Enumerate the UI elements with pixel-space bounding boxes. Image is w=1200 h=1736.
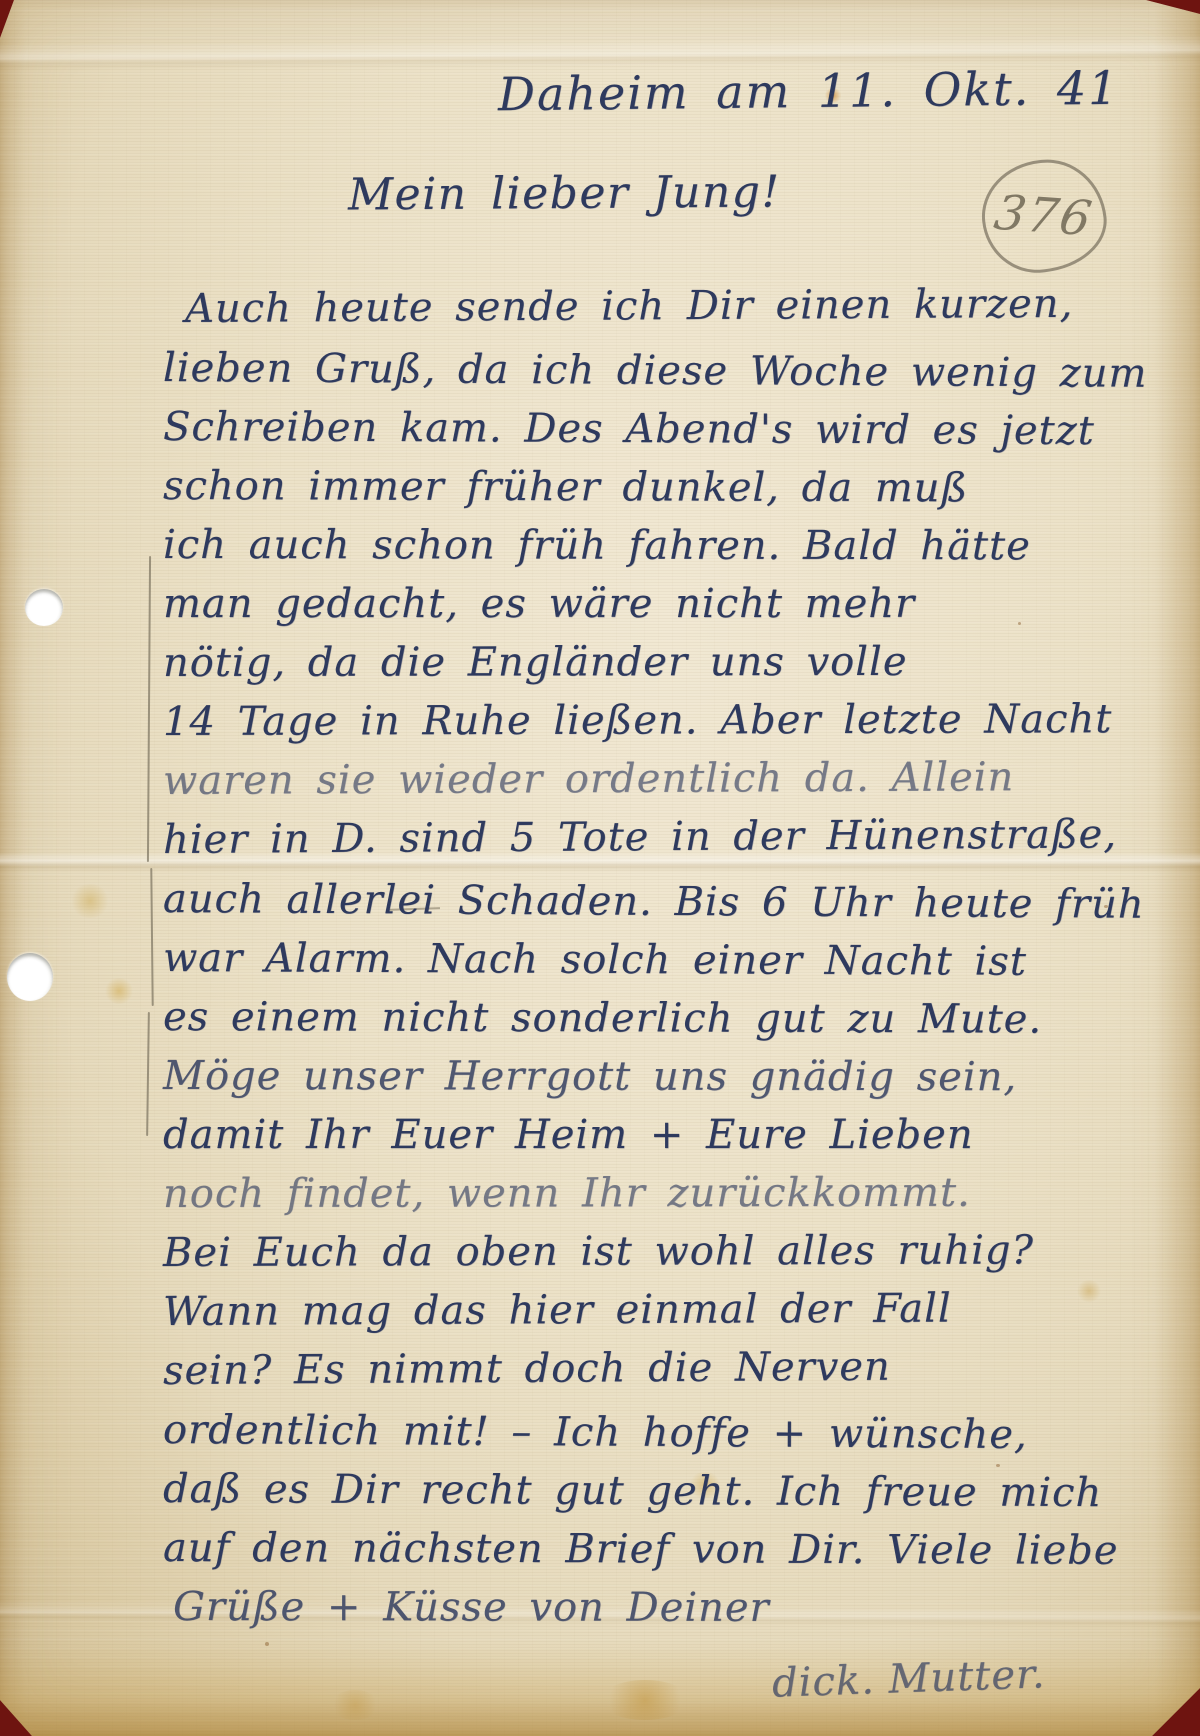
handwriting-line: ich auch schon früh fahren. Bald hätte — [163, 516, 1093, 576]
salutation: Mein lieber Jung! — [348, 166, 781, 220]
scanned-letter: 376 Daheim am 11. Okt. 41 Mein lieber Ju… — [0, 0, 1200, 1736]
pencil-margin-line — [150, 868, 153, 1006]
handwriting-line: es einem nicht sonderlich gut zu Mute. — [163, 988, 1093, 1050]
handwriting-line: lieben Gruß, da ich diese Woche wenig zu… — [163, 339, 1093, 403]
handwriting-line: noch findet, wenn Ihr zurückkommt. — [163, 1164, 1093, 1224]
handwriting-line: hier in D. sind 5 Tote in der Hünenstraß… — [163, 806, 1093, 870]
handwriting-line: Auch heute sende ich Dir einen kurzen, — [185, 275, 1093, 339]
handwriting-line: schon immer früher dunkel, da muß — [163, 457, 1093, 519]
handwriting-line: Grüße + Küsse von Deiner — [173, 1578, 1093, 1638]
handwriting-line: auf den nächsten Brief von Dir. Viele li… — [163, 1519, 1093, 1581]
handwriting-line: war Alarm. Nach solch einer Nacht ist — [163, 929, 1093, 992]
stain — [104, 978, 134, 1004]
handwriting-line: Wann mag das hier einmal der Fall — [163, 1279, 1093, 1342]
handwriting-line: Bei Euch da oben ist wohl alles ruhig? — [163, 1221, 1093, 1283]
handwriting-line: man gedacht, es wäre nicht mehr — [163, 575, 1093, 634]
closing-signature: dick. Mutter. — [771, 1651, 1046, 1707]
handwriting-line: auch allerlei Schaden. Bis 6 Uhr heute f… — [163, 870, 1093, 934]
pencil-margin-line — [146, 1012, 150, 1136]
handwriting-line: sein? Es nimmt doch die Nerven — [163, 1337, 1093, 1401]
handwriting-line: Möge unser Herrgott uns gnädig sein, — [163, 1047, 1093, 1107]
stain — [70, 884, 110, 918]
punch-hole — [7, 953, 53, 1001]
handwriting-line: Schreiben kam. Des Abend's wird es jetzt — [163, 398, 1093, 461]
letter-body: Auch heute sende ich Dir einen kurzen,li… — [163, 280, 1093, 1637]
handwriting-line: damit Ihr Euer Heim + Eure Lieben — [163, 1106, 1093, 1165]
handwriting-line: nötig, da die Engländer uns volle — [163, 633, 1093, 693]
dateline: Daheim am 11. Okt. 41 — [498, 61, 1120, 122]
letter-page: 376 Daheim am 11. Okt. 41 Mein lieber Ju… — [0, 0, 1200, 1736]
paper-edge-shading-left — [0, 0, 26, 1736]
handwriting-line: waren sie wieder ordentlich da. Allein — [163, 748, 1093, 811]
paper-edge-shading-right — [1154, 0, 1200, 1736]
handwriting-line: 14 Tage in Ruhe ließen. Aber letzte Nach… — [163, 690, 1093, 752]
pencil-margin-line — [147, 556, 151, 862]
handwriting-line: daß es Dir recht gut geht. Ich freue mic… — [163, 1460, 1093, 1523]
punch-hole — [25, 589, 63, 626]
archival-number: 376 — [990, 185, 1097, 247]
archival-number-circle: 376 — [976, 154, 1111, 278]
handwriting-line: ordentlich mit! – Ich hoffe + wünsche, — [163, 1401, 1093, 1465]
